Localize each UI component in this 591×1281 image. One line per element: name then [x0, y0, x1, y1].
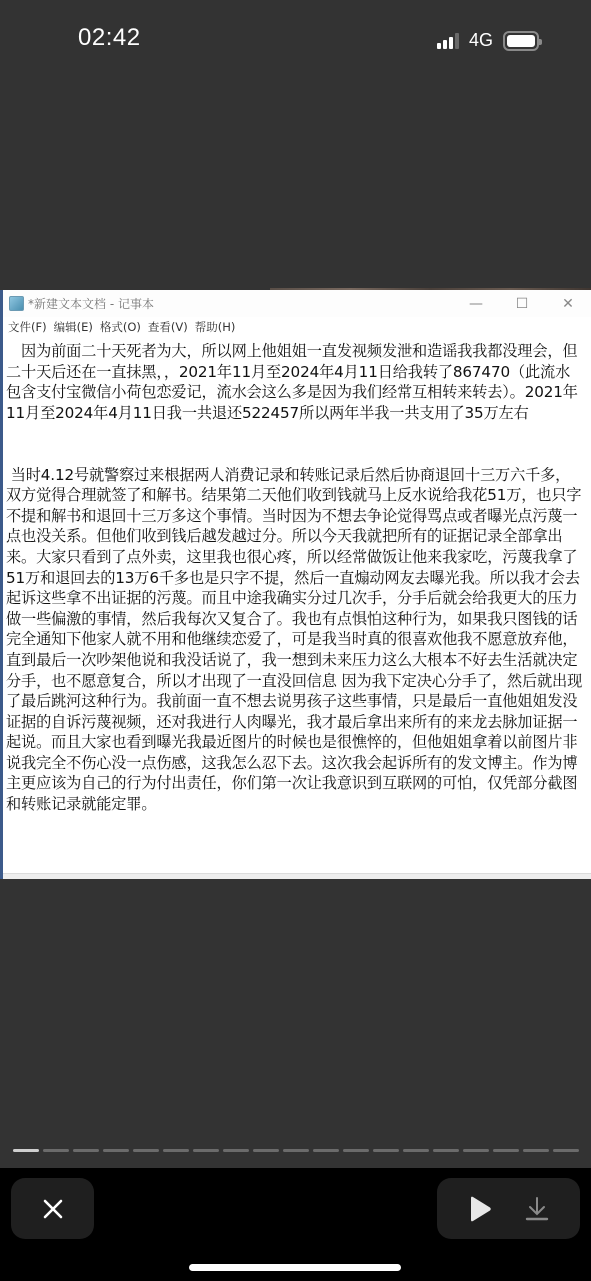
status-bar: 02:42 4G: [0, 0, 591, 80]
progress-segment[interactable]: [253, 1149, 279, 1152]
progress-segment[interactable]: [433, 1149, 459, 1152]
cellular-signal-icon: [437, 33, 459, 49]
status-time: 02:42: [78, 24, 141, 52]
progress-segment[interactable]: [283, 1149, 309, 1152]
menu-view[interactable]: 查看(V): [148, 319, 188, 335]
menu-format[interactable]: 格式(O): [100, 319, 141, 335]
progress-segment[interactable]: [103, 1149, 129, 1152]
progress-segment[interactable]: [133, 1149, 159, 1152]
media-progress-segments[interactable]: [13, 1149, 579, 1152]
notepad-text-area[interactable]: 因为前面二十天死者为大，所以网上他姐姐一直发视频发泄和造谣我我都没理会，但二十天…: [3, 337, 591, 815]
progress-segment[interactable]: [553, 1149, 579, 1152]
notepad-titlebar: *新建文本文档 - 记事本 — ☐ ✕: [3, 290, 591, 317]
horizontal-scrollbar[interactable]: [3, 873, 591, 879]
notepad-window: *新建文本文档 - 记事本 — ☐ ✕ 文件(F) 编辑(E) 格式(O) 查看…: [0, 290, 591, 879]
progress-segment[interactable]: [223, 1149, 249, 1152]
battery-icon: [503, 31, 539, 51]
close-button[interactable]: [11, 1178, 94, 1239]
notepad-app-icon: [9, 296, 24, 311]
window-controls: — ☐ ✕: [453, 290, 591, 317]
home-indicator[interactable]: [189, 1264, 401, 1271]
progress-segment[interactable]: [403, 1149, 429, 1152]
progress-segment[interactable]: [523, 1149, 549, 1152]
notepad-menubar: 文件(F) 编辑(E) 格式(O) 查看(V) 帮助(H): [3, 317, 591, 337]
progress-segment[interactable]: [343, 1149, 369, 1152]
progress-segment[interactable]: [193, 1149, 219, 1152]
progress-segment[interactable]: [43, 1149, 69, 1152]
play-button[interactable]: [463, 1192, 497, 1226]
progress-segment[interactable]: [73, 1149, 99, 1152]
close-icon: [36, 1192, 70, 1226]
progress-segment[interactable]: [163, 1149, 189, 1152]
menu-edit[interactable]: 编辑(E): [54, 319, 93, 335]
close-window-icon[interactable]: ✕: [545, 290, 591, 317]
menu-help[interactable]: 帮助(H): [195, 319, 236, 335]
progress-segment[interactable]: [463, 1149, 489, 1152]
progress-segment[interactable]: [493, 1149, 519, 1152]
download-button[interactable]: [520, 1192, 554, 1226]
status-indicators: 4G: [437, 30, 539, 51]
paragraph-2: 当时4.12号就警察过来根据两人消费记录和转账记录后然后协商退回十三万六千多，双…: [6, 465, 583, 815]
media-actions: [437, 1178, 580, 1239]
minimize-icon[interactable]: —: [453, 290, 499, 317]
maximize-icon[interactable]: ☐: [499, 290, 545, 317]
network-type: 4G: [469, 30, 493, 51]
progress-segment[interactable]: [313, 1149, 339, 1152]
progress-segment[interactable]: [13, 1149, 39, 1152]
paragraph-1: 因为前面二十天死者为大，所以网上他姐姐一直发视频发泄和造谣我我都没理会，但二十天…: [6, 341, 583, 423]
menu-file[interactable]: 文件(F): [8, 319, 47, 335]
notepad-title: *新建文本文档 - 记事本: [28, 295, 154, 312]
progress-segment[interactable]: [373, 1149, 399, 1152]
